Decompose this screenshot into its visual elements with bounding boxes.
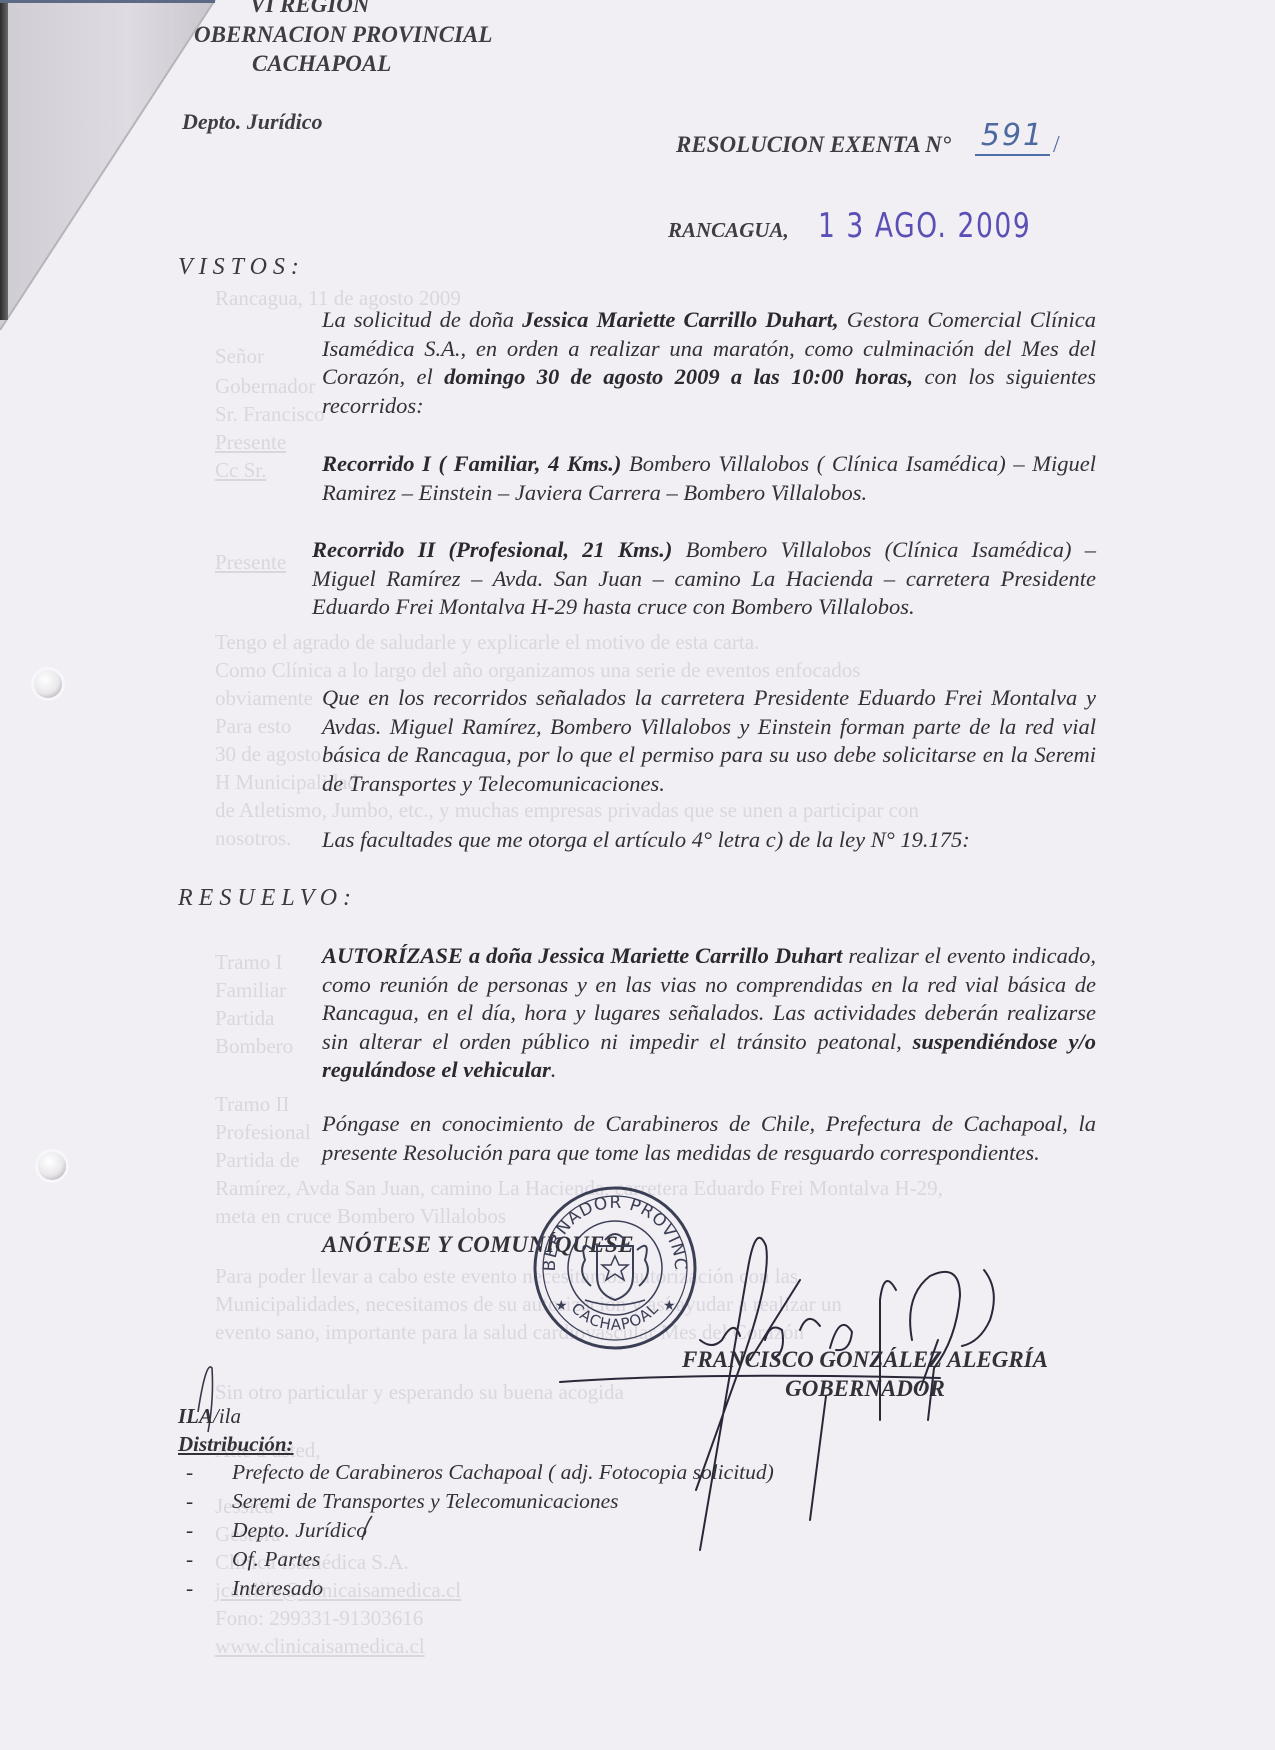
bullet: - — [186, 1574, 193, 1603]
distribution-item-text: Of. Partes — [232, 1547, 320, 1571]
distribution-item-text: Seremi de Transportes y Telecomunicacion… — [232, 1489, 619, 1513]
bullet: - — [186, 1458, 193, 1487]
distribution-heading: Distribución: — [178, 1432, 294, 1457]
distribution-item: -Of. Partes — [186, 1545, 774, 1574]
bullet: - — [186, 1487, 193, 1516]
initials-bold: ILA — [178, 1404, 213, 1428]
distribution-item-text: Depto. Jurídico — [232, 1518, 367, 1542]
distribution-item: -Seremi de Transportes y Telecomunicacio… — [186, 1487, 774, 1516]
distribution-item-text: Interesado — [232, 1576, 323, 1600]
distribution-item-text: Prefecto de Carabineros Cachapoal ( adj.… — [232, 1460, 774, 1484]
bullet: - — [186, 1545, 193, 1574]
distribution-list: -Prefecto de Carabineros Cachapoal ( adj… — [186, 1458, 774, 1603]
distribution-item: -Prefecto de Carabineros Cachapoal ( adj… — [186, 1458, 774, 1487]
distribution-item: -Depto. Jurídico — [186, 1516, 774, 1545]
distribution-item: -Interesado — [186, 1574, 774, 1603]
bullet: - — [186, 1516, 193, 1545]
initials-rest: /ila — [213, 1404, 241, 1428]
typist-initials: ILA/ila — [178, 1404, 241, 1429]
